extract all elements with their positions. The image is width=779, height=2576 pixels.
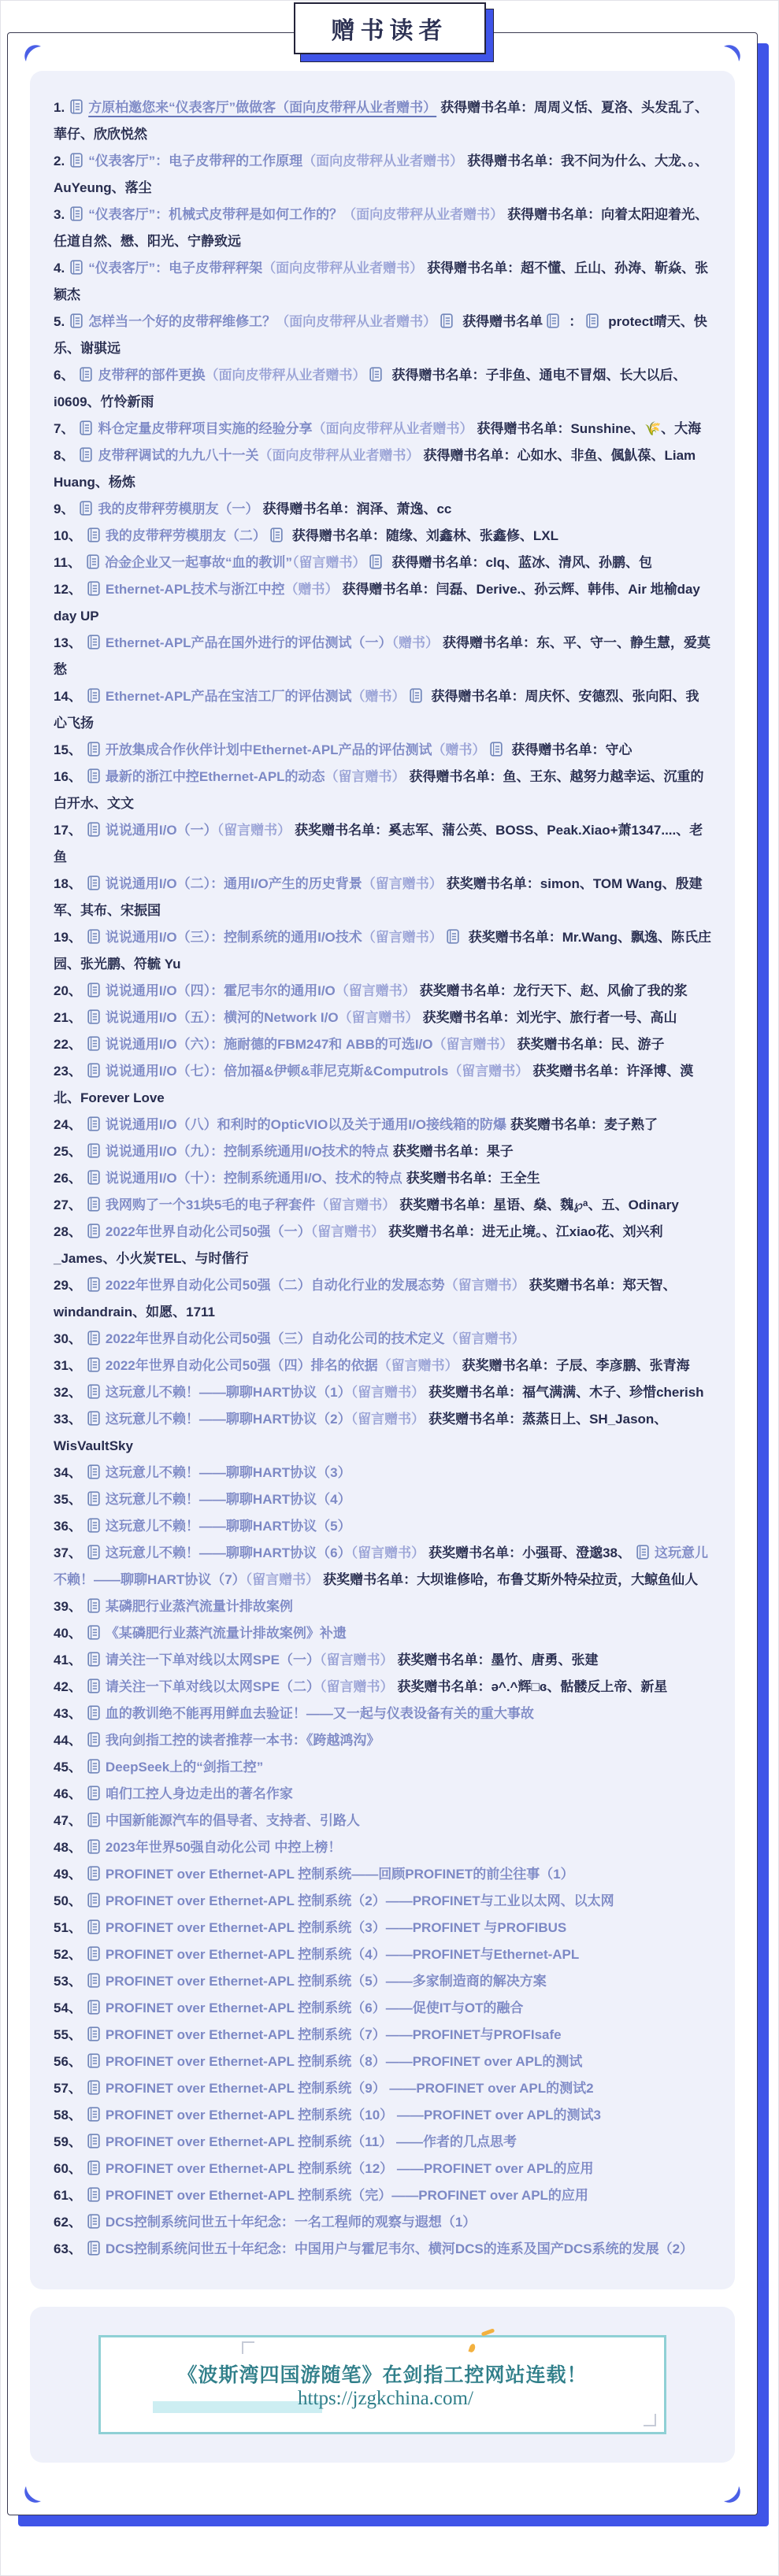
item-number: 63、 — [54, 2241, 82, 2256]
item-number: 10、 — [54, 528, 82, 543]
article-link[interactable]: 说说通用I/O（一） — [106, 823, 217, 838]
doc-icon — [87, 1678, 100, 1693]
list-item: 11、冶金企业又一起事故“血的教训”（留言赠书）获得赠书名单：clq、蓝冰、清风… — [54, 550, 711, 576]
winners-text: 获奖赠书名单：墨竹、唐勇、张建 — [397, 1653, 598, 1667]
book-list: 1.方原柏邀您来“仪表客厅”做做客（面向皮带秤从业者赠书）获得赠书名单：周周义恬… — [54, 94, 711, 2263]
article-link[interactable]: PROFINET over Ethernet-APL 控制系统（11） ——作者… — [106, 2134, 517, 2149]
list-item: 5.怎样当一个好的皮带秤维修工？（面向皮带秤从业者赠书）获得赠书名单：prote… — [54, 309, 711, 362]
doc-icon — [87, 2160, 100, 2175]
item-number: 49、 — [54, 1867, 82, 1882]
item-number: 13、 — [54, 635, 82, 650]
list-item: 23、说说通用I/O（七）：倍加福&伊顿&菲尼克斯&Computrols（留言赠… — [54, 1058, 711, 1112]
doc-icon — [87, 2241, 100, 2256]
item-number: 19、 — [54, 930, 82, 945]
list-item: 40、《某磷肥行业蒸汽流量计排故案例》补遗 — [54, 1620, 711, 1647]
article-link[interactable]: 说说通用I/O（二）：通用I/O产生的历史背景 — [106, 876, 362, 891]
doc-icon — [87, 1893, 100, 1908]
doc-icon — [87, 1759, 100, 1774]
list-item: 60、PROFINET over Ethernet-APL 控制系统（12） —… — [54, 2156, 711, 2182]
list-item: 61、PROFINET over Ethernet-APL 控制系统（完）——P… — [54, 2182, 711, 2209]
article-link[interactable]: DeepSeek上的“剑指工控” — [106, 1760, 263, 1775]
list-item: 49、PROFINET over Ethernet-APL 控制系统——回顾PR… — [54, 1861, 711, 1888]
list-item: 62、DCS控制系统问世五十年纪念：一名工程师的观察与遐想（1） — [54, 2209, 711, 2236]
list-item: 14、Ethernet-APL产品在宝洁工厂的评估测试（赠书）获得赠书名单：周庆… — [54, 683, 711, 737]
article-link[interactable]: Ethernet-APL产品在国外进行的评估测试（一） — [106, 635, 392, 650]
item-number: 46、 — [54, 1786, 82, 1801]
doc-icon — [87, 1705, 100, 1720]
article-link[interactable]: 这玩意儿不赖！——聊聊HART协议（1） — [106, 1385, 351, 1400]
winners-text: 获奖赠书名单：麦子熟了 — [510, 1117, 658, 1132]
list-item: 31、2022年世界自动化公司50强（四）排名的依据（留言赠书）获奖赠书名单：子… — [54, 1353, 711, 1379]
list-item: 36、这玩意儿不赖！——聊聊HART协议（5） — [54, 1513, 711, 1540]
corner-bracket-icon — [644, 2414, 656, 2426]
article-link[interactable]: 说说通用I/O（九）：控制系统通用I/O技术的特点 — [106, 1144, 389, 1159]
item-number: 14、 — [54, 689, 82, 704]
doc-icon — [70, 260, 83, 275]
doc-icon — [87, 1545, 100, 1560]
list-item: 39、某磷肥行业蒸汽流量计排故案例 — [54, 1593, 711, 1620]
list-item: 57、PROFINET over Ethernet-APL 控制系统（9） ——… — [54, 2075, 711, 2102]
article-link[interactable]: 冶金企业又一起事故“血的教训” — [105, 555, 292, 570]
doc-icon — [410, 688, 422, 703]
orange-accent-icon — [469, 2343, 477, 2353]
list-item: 53、PROFINET over Ethernet-APL 控制系统（5）——多… — [54, 1968, 711, 1995]
item-number: 39、 — [54, 1599, 82, 1614]
book-winner-list-panel: 1.方原柏邀您来“仪表客厅”做做客（面向皮带秤从业者赠书）获得赠书名单：周周义恬… — [30, 71, 735, 2289]
article-link[interactable]: 我网购了一个31块5毛的电子秤套件 — [106, 1197, 315, 1212]
article-link[interactable]: 请关注一下单对线以太网SPE（二） — [106, 1679, 320, 1694]
list-item: 55、PROFINET over Ethernet-APL 控制系统（7）——P… — [54, 2022, 711, 2049]
doc-icon — [87, 2026, 100, 2041]
list-item: 46、咱们工控人身边走出的著名作家 — [54, 1781, 711, 1808]
quote-ornament-icon — [722, 44, 741, 63]
list-item: 56、PROFINET over Ethernet-APL 控制系统（8）——P… — [54, 2049, 711, 2075]
article-link[interactable]: 最新的浙江中控Ethernet-APL的动态 — [106, 769, 325, 784]
note-paren: （留言赠书） — [445, 1331, 525, 1346]
note-paren: （面向皮带秤从业者赠书） — [258, 448, 419, 463]
note-paren: （赠书） — [392, 635, 440, 650]
doc-icon — [87, 2053, 100, 2068]
doc-icon — [87, 635, 100, 650]
doc-icon — [87, 1223, 100, 1238]
doc-icon — [87, 1946, 100, 1961]
item-number: 30、 — [54, 1331, 82, 1346]
doc-icon — [80, 420, 92, 435]
item-number: 54、 — [54, 2000, 82, 2015]
list-item: 18、说说通用I/O（二）：通用I/O产生的历史背景（留言赠书）获奖赠书名单：s… — [54, 871, 711, 924]
note-paren: （留言赠书） — [292, 555, 366, 570]
doc-icon — [87, 1652, 100, 1667]
note-paren: （赠书） — [285, 582, 339, 597]
doc-icon — [87, 1411, 100, 1426]
item-number: 23、 — [54, 1064, 82, 1079]
winners-text: 获奖赠书名单：龙行天下、赵、风偷了我的浆 — [420, 983, 688, 998]
doc-icon — [87, 1866, 100, 1881]
list-item: 24、说说通用I/O（八）和利时的OpticVIO以及关于通用I/O接线箱的防爆… — [54, 1112, 711, 1138]
item-number: 12、 — [54, 582, 82, 597]
note-paren: （赠书） — [432, 742, 486, 757]
list-item: 19、说说通用I/O（三）：控制系统的通用I/O技术（留言赠书）获奖赠书名单：M… — [54, 924, 711, 978]
article-link[interactable]: “仪表客厅”：机械式皮带秤是如何工作的？ — [88, 207, 343, 222]
note-paren: （留言赠书） — [315, 1197, 395, 1212]
item-number: 50、 — [54, 1893, 82, 1908]
list-item: 52、PROFINET over Ethernet-APL 控制系统（4）——P… — [54, 1941, 711, 1968]
list-item: 54、PROFINET over Ethernet-APL 控制系统（6）——促… — [54, 1995, 711, 2022]
item-number: 22、 — [54, 1037, 82, 1052]
list-item: 63、DCS控制系统问世五十年纪念：中国用户与霍尼韦尔、横河DCS的连系及国产D… — [54, 2236, 711, 2263]
list-item: 47、中国新能源汽车的倡导者、支持者、引路人 — [54, 1808, 711, 1834]
article-link[interactable]: 我的皮带秤劳模朋友（一） — [98, 502, 258, 516]
article-link[interactable]: DCS控制系统问世五十年纪念：一名工程师的观察与遐想（1） — [106, 2215, 476, 2230]
list-item: 45、DeepSeek上的“剑指工控” — [54, 1754, 711, 1781]
item-number: 55、 — [54, 2027, 82, 2042]
article-link[interactable]: 《某磷肥行业蒸汽流量计排故案例》补遗 — [106, 1626, 347, 1641]
list-item: 4.“仪表客厅”：电子皮带秤秤架（面向皮带秤从业者赠书）获得赠书名单：超不懂、丘… — [54, 255, 711, 309]
content-frame: 1.方原柏邀您来“仪表客厅”做做客（面向皮带秤从业者赠书）获得赠书名单：周周义恬… — [7, 32, 758, 2515]
winners-text: 获得赠书名单 — [462, 314, 543, 329]
article-link[interactable]: 2022年世界自动化公司50强（二）自动化行业的发展态势 — [106, 1278, 445, 1293]
item-number: 24、 — [54, 1117, 82, 1132]
article-link[interactable]: 怎样当一个好的皮带秤维修工？ — [88, 314, 276, 329]
list-item: 59、PROFINET over Ethernet-APL 控制系统（11） —… — [54, 2129, 711, 2156]
item-number: 38、 — [603, 1545, 631, 1560]
winners-text: 获奖赠书名单：星语、燊、魏℘ᵃ、五、Odinary — [399, 1197, 679, 1212]
item-number: 1. — [54, 100, 65, 115]
doc-icon — [87, 1063, 100, 1078]
doc-icon — [87, 768, 100, 783]
item-number: 48、 — [54, 1840, 82, 1855]
winners-text: 获奖赠书名单：大坝谁修哈，布鲁艾斯外特朵拉贡，大鲸鱼仙人 — [323, 1572, 698, 1587]
article-link[interactable]: 请关注一下单对线以太网SPE（一） — [106, 1653, 320, 1667]
note-paren: （留言赠书） — [351, 1412, 425, 1427]
note-paren: （留言赠书） — [311, 1224, 385, 1239]
article-link[interactable]: 这玩意儿不赖！——聊聊HART协议（3） — [106, 1465, 351, 1480]
article-link[interactable]: 2022年世界自动化公司50强（四）排名的依据 — [106, 1358, 378, 1373]
doc-icon — [87, 527, 100, 542]
article-link[interactable]: PROFINET over Ethernet-APL 控制系统（8）——PROF… — [106, 2054, 582, 2069]
doc-icon — [87, 1839, 100, 1854]
item-number: 45、 — [54, 1760, 82, 1775]
list-item: 33、这玩意儿不赖！——聊聊HART协议（2）（留言赠书）获奖赠书名单：蒸蒸日上… — [54, 1406, 711, 1460]
item-number: 41、 — [54, 1653, 82, 1667]
footer-panel: 《波斯湾四国游随笔》在剑指工控网站连载！https://jzgkchina.co… — [30, 2307, 735, 2463]
item-number: 15、 — [54, 742, 82, 757]
article-link[interactable]: Ethernet-APL技术与浙江中控 — [106, 582, 285, 597]
doc-icon — [87, 1464, 100, 1479]
winners-text: 获得赠书名单：守心 — [512, 742, 632, 757]
note-paren: （面向皮带秤从业者赠书） — [302, 154, 463, 168]
article-link[interactable]: DCS控制系统问世五十年纪念：中国用户与霍尼韦尔、横河DCS的连系及国产DCS系… — [106, 2241, 693, 2256]
article-link[interactable]: PROFINET over Ethernet-APL 控制系统（6）——促使IT… — [106, 2000, 524, 2015]
item-number: 18、 — [54, 876, 82, 891]
article-link[interactable]: 2022年世界自动化公司50强（三）自动化公司的技术定义 — [106, 1331, 445, 1346]
item-number: 36、 — [54, 1519, 82, 1534]
article-link[interactable]: PROFINET over Ethernet-APL 控制系统（完）——PROF… — [106, 2188, 588, 2203]
serial-notice-box: 《波斯湾四国游随笔》在剑指工控网站连载！https://jzgkchina.co… — [98, 2335, 666, 2434]
item-number: 51、 — [54, 1920, 82, 1935]
quote-ornament-icon — [24, 44, 43, 63]
note-paren: （留言赠书） — [362, 930, 443, 945]
doc-icon — [87, 581, 100, 596]
item-number: 25、 — [54, 1144, 82, 1159]
doc-icon — [87, 1812, 100, 1827]
list-item: 44、我向剑指工控的读者推荐一本书：《跨越鸿沟》 — [54, 1727, 711, 1754]
item-number: 62、 — [54, 2215, 82, 2230]
doc-icon — [87, 554, 99, 569]
item-number: 4. — [54, 261, 65, 276]
doc-icon — [87, 1625, 100, 1640]
article-link[interactable]: PROFINET over Ethernet-APL 控制系统（4）——PROF… — [106, 1947, 579, 1962]
winners-text: 获奖赠书名单：ə^.^辉□ɞ、骷髅反上帝、新星 — [397, 1679, 667, 1694]
item-number: 6、 — [54, 368, 74, 383]
doc-icon — [87, 929, 100, 944]
list-item: 28、2022年世界自动化公司50强（一）（留言赠书）获奖赠书名单：进无止境。、… — [54, 1219, 711, 1272]
list-item: 34、这玩意儿不赖！——聊聊HART协议（3） — [54, 1460, 711, 1486]
note-paren: （留言赠书） — [320, 1679, 394, 1694]
item-number: 34、 — [54, 1465, 82, 1480]
doc-icon — [70, 206, 83, 221]
item-number: 20、 — [54, 983, 82, 998]
winners-text: 获得赠书名单：Sunshine、🌾、大海 — [477, 421, 701, 436]
doc-icon — [87, 822, 100, 837]
doc-icon — [447, 929, 459, 944]
item-number: 28、 — [54, 1224, 82, 1239]
article-link[interactable]: 方原柏邀您来“仪表客厅”做做客（面向皮带秤从业者赠书） — [88, 100, 436, 115]
item-number: 26、 — [54, 1171, 82, 1186]
article-link[interactable]: 我向剑指工控的读者推荐一本书：《跨越鸿沟》 — [106, 1733, 380, 1748]
doc-icon — [369, 367, 382, 382]
doc-icon — [87, 875, 100, 890]
note-paren: （留言赠书） — [351, 1545, 425, 1560]
item-number: 3. — [54, 207, 65, 222]
item-number: 37、 — [54, 1545, 82, 1560]
doc-icon — [87, 1036, 100, 1051]
doc-icon — [87, 1143, 100, 1158]
article-link[interactable]: PROFINET over Ethernet-APL 控制系统（12） ——PR… — [106, 2161, 594, 2176]
doc-icon — [87, 1277, 100, 1292]
list-item: 22、说说通用I/O（六）：施耐德的FBM247和 ABB的可选I/O（留言赠书… — [54, 1031, 711, 1058]
list-item: 20、说说通用I/O（四）：霍尼韦尔的通用I/O（留言赠书）获奖赠书名单：龙行天… — [54, 978, 711, 1005]
doc-icon — [87, 1518, 100, 1533]
orange-accent-icon — [481, 2328, 495, 2337]
doc-icon — [87, 2000, 100, 2015]
article-link[interactable]: 皮带秤的部件更换 — [98, 368, 205, 383]
list-item: 32、这玩意儿不赖！——聊聊HART协议（1）（留言赠书）获奖赠书名单：福气满满… — [54, 1379, 711, 1406]
serial-notice-text: 《波斯湾四国游随笔》在剑指工控网站连载！ — [177, 2364, 587, 2386]
list-item: 10、我的皮带秤劳模朋友（二）获得赠书名单：随缘、刘鑫林、张鑫修、LXL — [54, 523, 711, 550]
article-link[interactable]: PROFINET over Ethernet-APL 控制系统（5）——多家制造… — [106, 1974, 547, 1989]
note-paren: （留言赠书） — [445, 1278, 525, 1293]
article-link[interactable]: 某磷肥行业蒸汽流量计排故案例 — [106, 1599, 293, 1614]
list-item: 1.方原柏邀您来“仪表客厅”做做客（面向皮带秤从业者赠书）获得赠书名单：周周义恬… — [54, 94, 711, 148]
doc-icon — [80, 501, 92, 516]
list-item: 13、Ethernet-APL产品在国外进行的评估测试（一）（赠书）获得赠书名单… — [54, 630, 711, 683]
doc-icon — [70, 99, 83, 114]
article-link[interactable]: 中国新能源汽车的倡导者、支持者、引路人 — [106, 1813, 360, 1828]
note-paren: （面向皮带秤从业者赠书） — [343, 207, 503, 222]
doc-icon — [87, 1919, 100, 1934]
article-link[interactable]: 皮带秤调试的九九八十一关 — [98, 448, 258, 463]
article-link[interactable]: 2022年世界自动化公司50强（一） — [106, 1224, 311, 1239]
item-number: 5. — [54, 314, 65, 329]
note-paren: （面向皮带秤从业者赠书） — [205, 368, 365, 383]
item-number: 57、 — [54, 2081, 82, 2096]
item-number: 33、 — [54, 1412, 82, 1427]
item-number: 7、 — [54, 421, 74, 436]
note-paren: （面向皮带秤从业者赠书） — [262, 261, 423, 276]
doc-icon — [87, 1384, 100, 1399]
doc-icon — [87, 742, 100, 757]
item-number: 40、 — [54, 1626, 82, 1641]
winners-text: 获奖赠书名单：民、游子 — [517, 1037, 665, 1052]
winners-text: 获奖赠书名单：王全生 — [406, 1171, 540, 1186]
article-link[interactable]: 说说通用I/O（四）：霍尼韦尔的通用I/O — [106, 983, 336, 998]
list-item: 6、皮带秤的部件更换（面向皮带秤从业者赠书）获得赠书名单：子非鱼、通电不冒烟、长… — [54, 362, 711, 416]
doc-icon — [80, 367, 92, 382]
article-link[interactable]: PROFINET over Ethernet-APL 控制系统（9） ——PRO… — [106, 2081, 594, 2096]
article-link[interactable]: PROFINET over Ethernet-APL 控制系统（7）——PROF… — [106, 2027, 562, 2042]
doc-icon — [87, 2214, 100, 2229]
item-number: 61、 — [54, 2188, 82, 2203]
note-paren: （面向皮带秤从业者赠书） — [312, 421, 473, 436]
list-item: 25、说说通用I/O（九）：控制系统通用I/O技术的特点获奖赠书名单：果子 — [54, 1138, 711, 1165]
article-link[interactable]: 咱们工控人身边走出的著名作家 — [106, 1786, 293, 1801]
item-number: 29、 — [54, 1278, 82, 1293]
article-link[interactable]: 开放集成合作伙伴计划中Ethernet-APL产品的评估测试 — [106, 742, 432, 757]
quote-ornament-icon — [24, 2485, 43, 2504]
doc-icon — [636, 1545, 649, 1560]
article-link[interactable]: “仪表客厅”：电子皮带秤的工作原理 — [88, 154, 302, 168]
note-paren: （留言赠书） — [246, 1572, 320, 1587]
item-number: 21、 — [54, 1010, 82, 1025]
article-link[interactable]: PROFINET over Ethernet-APL 控制系统（3）——PROF… — [106, 1920, 566, 1935]
corner-bracket-icon — [242, 2341, 254, 2354]
doc-icon — [369, 554, 382, 569]
note-paren: （留言赠书） — [448, 1064, 529, 1079]
article-link[interactable]: 说说通用I/O（六）：施耐德的FBM247和 ABB的可选I/O — [106, 1037, 433, 1052]
article-link[interactable]: PROFINET over Ethernet-APL 控制系统（10） ——PR… — [106, 2108, 601, 2123]
quote-ornament-icon — [722, 2485, 741, 2504]
list-item: 29、2022年世界自动化公司50强（二）自动化行业的发展态势（留言赠书）获奖赠… — [54, 1272, 711, 1326]
list-item: 17、说说通用I/O（一）（留言赠书）获奖赠书名单：奚志军、蒲公英、BOSS、P… — [54, 817, 711, 871]
article-link[interactable]: 这玩意儿不赖！——聊聊HART协议（5） — [106, 1519, 351, 1534]
doc-icon — [547, 313, 559, 328]
note-paren: （留言赠书） — [362, 876, 443, 891]
list-item: 21、说说通用I/O（五）：横河的Network I/O（留言赠书）获奖赠书名单… — [54, 1005, 711, 1031]
article-link[interactable]: 2023年世界50强自动化公司 中控上榜！ — [106, 1840, 341, 1855]
list-item: 3.“仪表客厅”：机械式皮带秤是如何工作的？（面向皮带秤从业者赠书）获得赠书名单… — [54, 202, 711, 255]
item-number: 42、 — [54, 1679, 82, 1694]
doc-icon — [87, 1116, 100, 1131]
note-paren: （留言赠书） — [320, 1653, 394, 1667]
list-item: 42、请关注一下单对线以太网SPE（二）（留言赠书）获奖赠书名单：ə^.^辉□ɞ… — [54, 1674, 711, 1701]
item-number: 11、 — [54, 555, 81, 570]
doc-icon — [87, 1973, 100, 1988]
list-item: 48、2023年世界50强自动化公司 中控上榜！ — [54, 1834, 711, 1861]
list-item: 26、说说通用I/O（十）：控制系统通用I/O、技术的特点获奖赠书名单：王全生 — [54, 1165, 711, 1192]
doc-icon — [586, 313, 599, 328]
item-number: 53、 — [54, 1974, 82, 1989]
list-item: 27、我网购了一个31块5毛的电子秤套件（留言赠书）获奖赠书名单：星语、燊、魏℘… — [54, 1192, 711, 1219]
article-link[interactable]: PROFINET over Ethernet-APL 控制系统（2）——PROF… — [106, 1893, 614, 1908]
doc-icon — [80, 447, 92, 462]
list-item: 51、PROFINET over Ethernet-APL 控制系统（3）——P… — [54, 1915, 711, 1941]
website-url-link[interactable]: https://jzgkchina.com/ — [298, 2388, 473, 2409]
item-number: 17、 — [54, 823, 82, 838]
doc-icon — [87, 983, 100, 997]
doc-icon — [87, 2187, 100, 2202]
doc-icon — [87, 1598, 100, 1613]
list-item: 58、PROFINET over Ethernet-APL 控制系统（10） —… — [54, 2102, 711, 2129]
item-number: 59、 — [54, 2134, 82, 2149]
article-page: 赠书读者 1.方原柏邀您来“仪表客厅”做做客（面向皮带秤从业者赠书）获得赠书名单… — [0, 0, 779, 2576]
article-link[interactable]: 我的皮带秤劳模朋友（二） — [106, 528, 266, 543]
doc-icon — [87, 1009, 100, 1024]
note-paren: （留言赠书） — [351, 1385, 425, 1400]
article-link[interactable]: 说说通用I/O（三）：控制系统的通用I/O技术 — [106, 930, 362, 945]
list-item: 16、最新的浙江中控Ethernet-APL的动态（留言赠书）获得赠书名单：鱼、… — [54, 764, 711, 817]
item-number: 9、 — [54, 502, 74, 516]
article-link[interactable]: 这玩意儿不赖！——聊聊HART协议（4） — [106, 1492, 351, 1507]
winners-text: 获奖赠书名单：子辰、李彦鹏、张青海 — [462, 1358, 690, 1373]
note-paren: （留言赠书） — [433, 1037, 514, 1052]
item-number: 60、 — [54, 2161, 82, 2176]
article-link[interactable]: 血的教训绝不能再用鲜血去验证！——又一起与仪表设备有关的重大事故 — [106, 1706, 534, 1721]
note-paren: （留言赠书） — [217, 823, 291, 838]
doc-icon — [87, 1331, 100, 1345]
item-number: 8、 — [54, 448, 74, 463]
item-number: 56、 — [54, 2054, 82, 2069]
doc-icon — [87, 1786, 100, 1801]
item-number: 44、 — [54, 1733, 82, 1748]
doc-icon — [70, 153, 83, 168]
item-number: 52、 — [54, 1947, 82, 1962]
page-title: 赠书读者 — [294, 2, 486, 54]
article-link[interactable]: 说说通用I/O（十）：控制系统通用I/O、技术的特点 — [106, 1171, 402, 1186]
doc-icon — [87, 1170, 100, 1185]
note-paren: （留言赠书） — [339, 1010, 419, 1025]
article-link[interactable]: Ethernet-APL产品在宝洁工厂的评估测试 — [106, 689, 352, 704]
article-link[interactable]: 这玩意儿不赖！——聊聊HART协议（2） — [106, 1412, 351, 1427]
note-paren: （面向皮带秤从业者赠书） — [276, 314, 436, 329]
winners-text: ： — [569, 314, 582, 329]
winners-text: 获奖赠书名单：福气满满、木子、珍惜cherish — [428, 1385, 703, 1400]
article-link[interactable]: 说说通用I/O（五）：横河的Network I/O — [106, 1010, 339, 1025]
note-paren: （留言赠书） — [336, 983, 416, 998]
article-link[interactable]: 说说通用I/O（七）：倍加福&伊顿&菲尼克斯&Computrols — [106, 1064, 448, 1079]
winners-text: 获奖赠书名单：果子 — [393, 1144, 514, 1159]
article-link[interactable]: 这玩意儿不赖！——聊聊HART协议（6） — [106, 1545, 351, 1560]
doc-icon — [490, 742, 503, 757]
doc-icon — [70, 313, 83, 328]
article-link[interactable]: 说说通用I/O（八）和利时的OpticVIO以及关于通用I/O接线箱的防爆 — [106, 1117, 506, 1132]
item-number: 16、 — [54, 769, 82, 784]
article-link[interactable]: “仪表客厅”：电子皮带秤秤架 — [88, 261, 262, 276]
item-number: 32、 — [54, 1385, 82, 1400]
list-item: 15、开放集成合作伙伴计划中Ethernet-APL产品的评估测试（赠书）获得赠… — [54, 737, 711, 764]
note-paren: （留言赠书） — [378, 1358, 458, 1373]
article-link[interactable]: 料仓定量皮带秤项目实施的经验分享 — [98, 421, 312, 436]
list-item: 41、请关注一下单对线以太网SPE（一）（留言赠书）获奖赠书名单：墨竹、唐勇、张… — [54, 1647, 711, 1674]
winners-text: 获得赠书名单：润泽、萧逸、cc — [262, 502, 451, 516]
item-number: 35、 — [54, 1492, 82, 1507]
winners-text: 获奖赠书名单：小强哥、澄邈 — [428, 1545, 603, 1560]
list-item: 2.“仪表客厅”：电子皮带秤的工作原理（面向皮带秤从业者赠书）获得赠书名单：我不… — [54, 148, 711, 202]
article-link[interactable]: PROFINET over Ethernet-APL 控制系统——回顾PROFI… — [106, 1867, 574, 1882]
item-number: 31、 — [54, 1358, 82, 1373]
list-item: 9、我的皮带秤劳模朋友（一）获得赠书名单：润泽、萧逸、cc — [54, 496, 711, 523]
doc-icon — [87, 688, 100, 703]
